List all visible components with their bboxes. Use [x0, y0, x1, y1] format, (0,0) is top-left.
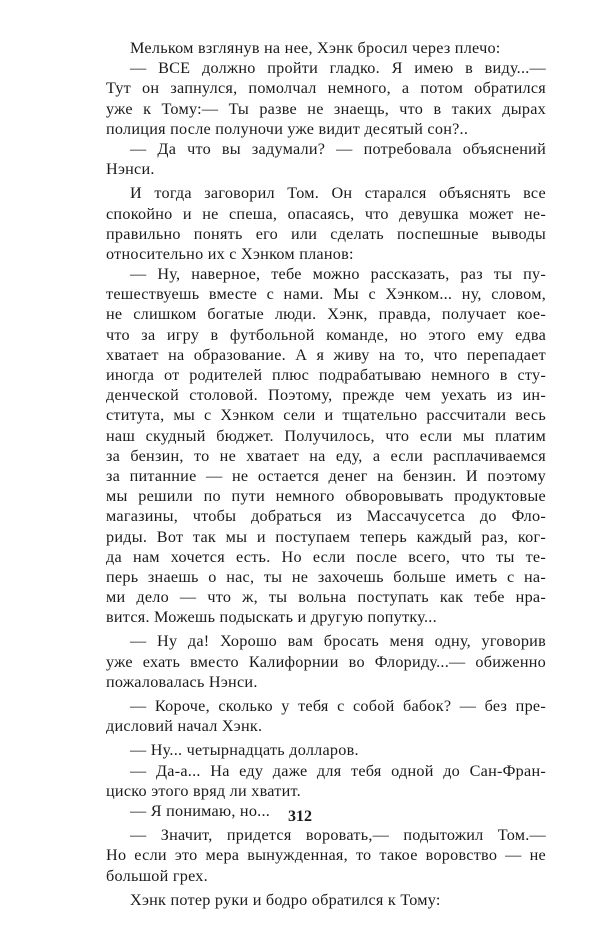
text-line: тешествуешь вместе с нами. Мы с Хэнком..…: [106, 284, 546, 304]
text-line: за бензин, то не хватает на еду, а если …: [106, 446, 546, 466]
text-line: — Ну... четырнадцать долларов.: [106, 740, 546, 760]
text-line: что за игру в футбольной команде, но это…: [106, 325, 546, 345]
text-line: мы решили по пути немного обворовывать п…: [106, 486, 546, 506]
text-line: иногда от родителей плюс подрабатываю не…: [106, 365, 546, 385]
text-line: перь знаешь о нас, ты не захочешь больше…: [106, 567, 546, 587]
text-line: наш скудный бюджет. Получилось, что если…: [106, 426, 546, 446]
text-line: риды. Вот так мы и поступаем теперь кажд…: [106, 527, 546, 547]
text-line: — Значит, придется воровать,— подытожил …: [106, 825, 546, 845]
text-line: — Короче, сколько у тебя с собой бабок? …: [106, 696, 546, 716]
text-line: — Ну да! Хорошо вам бросать меня одну, у…: [106, 631, 546, 651]
text-line: Нэнси.: [106, 159, 546, 179]
text-line: вится. Можешь подыскать и другую попутку…: [106, 607, 546, 627]
text-line: — Да что вы задумали? — потребовала объя…: [106, 139, 546, 159]
text-line: магазины, чтобы добраться из Массачусетс…: [106, 506, 546, 526]
text-line: циско этого вряд ли хватит.: [106, 781, 546, 801]
text-line: хватает на образование. А я живу на то, …: [106, 345, 546, 365]
text-line: И тогда заговорил Том. Он старался объяс…: [106, 183, 546, 203]
text-line: не слишком богатые люди. Хэнк, правда, п…: [106, 304, 546, 324]
text-line: — ВСЕ должно пройти гладко. Я имею в вид…: [106, 58, 546, 78]
text-line: уже ехать вместо Калифорнии во Флориду..…: [106, 652, 546, 672]
text-line: дисловий начал Хэнк.: [106, 716, 546, 736]
text-line: — Да-а... На еду даже для тебя одной до …: [106, 761, 546, 781]
text-line: спокойно и не спеша, опасаясь, что девуш…: [106, 204, 546, 224]
text-line: да нам хочется есть. Но если после всего…: [106, 547, 546, 567]
text-line: полиция после полуночи уже видит десятый…: [106, 119, 546, 139]
text-line: Но если это мера вынужденная, то такое в…: [106, 845, 546, 865]
text-line: денческой столовой. Поэтому, прежде чем …: [106, 385, 546, 405]
text-line: уже к Тому:— Ты разве не знаещь, что в т…: [106, 99, 546, 119]
text-line: за питанние — не остается денег на бензи…: [106, 466, 546, 486]
text-line: правильно понять его или сделать поспешн…: [106, 224, 546, 244]
text-line: пожаловалась Нэнси.: [106, 672, 546, 692]
page-text: Мельком взглянув на нее, Хэнк бросил чер…: [106, 38, 546, 910]
text-line: ми дело — что ж, ты вольна поступать как…: [106, 587, 546, 607]
text-line: относительно их с Хэнком планов:: [106, 244, 546, 264]
page-number: 312: [0, 808, 600, 826]
text-line: Хэнк потер руки и бодро обратился к Тому…: [106, 890, 546, 910]
text-line: Мельком взглянув на нее, Хэнк бросил чер…: [106, 38, 546, 58]
text-line: большой грех.: [106, 866, 546, 886]
text-line: Тут он запнулся, помолчал немного, а пот…: [106, 78, 546, 98]
text-line: ститута, мы с Хэнком сели и тщательно ра…: [106, 405, 546, 425]
text-line: — Ну, наверное, тебе можно рассказать, р…: [106, 264, 546, 284]
